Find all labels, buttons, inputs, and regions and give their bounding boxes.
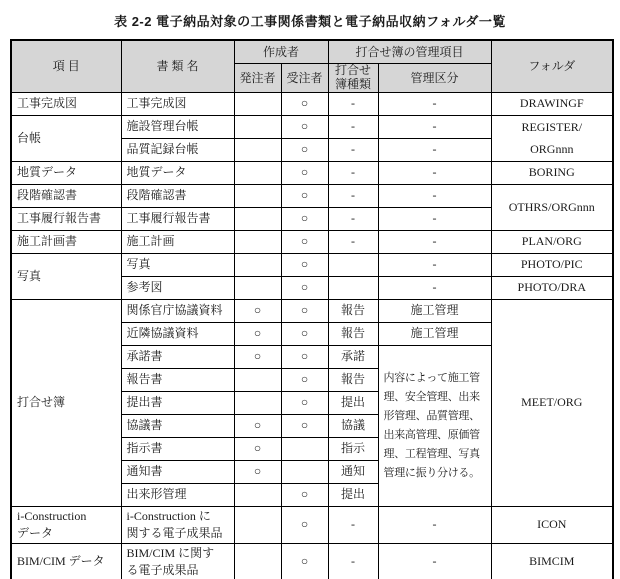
circle-mark: ○ [234,345,281,368]
cell-doc: BIM/CIM に関す る電子成果品 [121,543,234,579]
cell-doc: 指示書 [121,437,234,460]
table-cell: 提出 [328,391,378,414]
cell-folder: PHOTO/PIC [491,253,613,276]
cell-doc: 工事完成図 [121,92,234,115]
dash-mark: - [328,138,378,161]
circle-mark: ○ [281,368,328,391]
circle-mark: ○ [281,138,328,161]
header-folder: フォルダ [491,40,613,92]
header-mgmt-class: 管理区分 [378,64,491,93]
circle-mark: ○ [281,414,328,437]
dash-mark: - [378,92,491,115]
empty-cell [328,276,378,299]
empty-cell [234,506,281,543]
dash-mark: - [328,184,378,207]
cell-doc: 施設管理台帳 [121,115,234,138]
table-row: 台帳施設管理台帳○--REGISTER/ ORGnnn [11,115,613,138]
circle-mark: ○ [281,506,328,543]
cell-doc: 段階確認書 [121,184,234,207]
header-meeting-type: 打合せ 簿種類 [328,64,378,93]
cell-folder: PLAN/ORG [491,230,613,253]
header-doc-name: 書 類 名 [121,40,234,92]
circle-mark: ○ [281,345,328,368]
dash-mark: - [328,506,378,543]
dash-mark: - [328,207,378,230]
table-cell: 報告 [328,322,378,345]
cell-doc: 関係官庁協議資料 [121,299,234,322]
empty-cell [234,368,281,391]
table-cell: 提出 [328,483,378,506]
empty-cell [328,253,378,276]
circle-mark: ○ [281,253,328,276]
circle-mark: ○ [281,184,328,207]
table-cell: 承諾 [328,345,378,368]
cell-item: i-Construction データ [11,506,121,543]
table-cell: 指示 [328,437,378,460]
circle-mark: ○ [234,437,281,460]
table-cell: 報告 [328,368,378,391]
empty-cell [234,276,281,299]
main-table: 項 目書 類 名作成者打合せ簿の管理項目フォルダ発注者受注者打合せ 簿種類管理区… [10,39,614,579]
cell-doc: 参考図 [121,276,234,299]
header-orderer: 発注者 [234,64,281,93]
table-cell: 施工管理 [378,299,491,322]
empty-cell [234,391,281,414]
cell-doc: 通知書 [121,460,234,483]
header-item: 項 目 [11,40,121,92]
cell-doc: 品質記録台帳 [121,138,234,161]
empty-cell [234,253,281,276]
empty-cell [234,138,281,161]
table-row: 打合せ簿関係官庁協議資料○○報告施工管理MEET/ORG [11,299,613,322]
empty-cell [281,460,328,483]
cell-doc: 承諾書 [121,345,234,368]
cell-item: 工事完成図 [11,92,121,115]
cell-doc: 協議書 [121,414,234,437]
dash-mark: - [378,230,491,253]
circle-mark: ○ [281,299,328,322]
circle-mark: ○ [281,483,328,506]
empty-cell [234,230,281,253]
cell-item: 打合せ簿 [11,299,121,506]
empty-cell [234,184,281,207]
table-row: i-Construction データi-Construction に 関する電子… [11,506,613,543]
dash-mark: - [378,115,491,138]
cell-item: 工事履行報告書 [11,207,121,230]
cell-mgmt-note: 内容によって施工管理、安全管理、出来形管理、品質管理、出来高管理、原価管理、工程… [378,345,491,506]
cell-item: 台帳 [11,115,121,161]
cell-doc: 提出書 [121,391,234,414]
dash-mark: - [378,506,491,543]
table-row: 写真写真○-PHOTO/PIC [11,253,613,276]
cell-folder: DRAWINGF [491,92,613,115]
header-contractor: 受注者 [281,64,328,93]
cell-folder: OTHRS/ORGnnn [491,184,613,230]
dash-mark: - [378,184,491,207]
cell-doc: 施工計画 [121,230,234,253]
cell-folder: BIMCIM [491,543,613,579]
circle-mark: ○ [281,230,328,253]
document-page: 表 2-2 電子納品対象の工事関係書類と電子納品収納フォルダ一覧 項 目書 類 … [0,0,620,579]
dash-mark: - [378,207,491,230]
cell-item: 写真 [11,253,121,299]
cell-item: 地質データ [11,161,121,184]
cell-doc: 近隣協議資料 [121,322,234,345]
header-meeting-mgmt: 打合せ簿の管理項目 [328,40,491,64]
cell-doc: 報告書 [121,368,234,391]
dash-mark: - [378,543,491,579]
circle-mark: ○ [234,322,281,345]
cell-doc: i-Construction に 関する電子成果品 [121,506,234,543]
dash-mark: - [328,161,378,184]
empty-cell [234,483,281,506]
circle-mark: ○ [281,161,328,184]
table-row: 地質データ地質データ○--BORING [11,161,613,184]
table-caption: 表 2-2 電子納品対象の工事関係書類と電子納品収納フォルダ一覧 [0,0,620,30]
cell-doc: 地質データ [121,161,234,184]
table-row: 工事完成図工事完成図○--DRAWINGF [11,92,613,115]
cell-doc: 出来形管理 [121,483,234,506]
cell-doc: 写真 [121,253,234,276]
empty-cell [234,207,281,230]
circle-mark: ○ [281,391,328,414]
table-cell: 施工管理 [378,322,491,345]
header-row: 項 目書 類 名作成者打合せ簿の管理項目フォルダ [11,40,613,64]
circle-mark: ○ [281,543,328,579]
circle-mark: ○ [234,414,281,437]
table-cell: 協議 [328,414,378,437]
circle-mark: ○ [281,92,328,115]
dash-mark: - [378,161,491,184]
table-row: 段階確認書段階確認書○--OTHRS/ORGnnn [11,184,613,207]
table-body: 項 目書 類 名作成者打合せ簿の管理項目フォルダ発注者受注者打合せ 簿種類管理区… [11,40,613,579]
cell-item: BIM/CIM データ [11,543,121,579]
circle-mark: ○ [281,207,328,230]
dash-mark: - [328,92,378,115]
empty-cell [234,115,281,138]
dash-mark: - [378,138,491,161]
empty-cell [234,92,281,115]
cell-folder: PHOTO/DRA [491,276,613,299]
circle-mark: ○ [281,115,328,138]
empty-cell [234,161,281,184]
empty-cell [234,543,281,579]
table-cell: 通知 [328,460,378,483]
cell-folder: REGISTER/ ORGnnn [491,115,613,161]
header-creator: 作成者 [234,40,328,64]
circle-mark: ○ [281,322,328,345]
circle-mark: ○ [234,460,281,483]
empty-cell [281,437,328,460]
cell-item: 施工計画書 [11,230,121,253]
table-cell: 報告 [328,299,378,322]
table-row: 施工計画書施工計画○--PLAN/ORG [11,230,613,253]
cell-folder: MEET/ORG [491,299,613,506]
table-row: BIM/CIM データBIM/CIM に関す る電子成果品○--BIMCIM [11,543,613,579]
dash-mark: - [328,230,378,253]
dash-mark: - [328,115,378,138]
dash-mark: - [328,543,378,579]
dash-mark: - [378,276,491,299]
cell-item: 段階確認書 [11,184,121,207]
cell-folder: BORING [491,161,613,184]
circle-mark: ○ [234,299,281,322]
dash-mark: - [378,253,491,276]
circle-mark: ○ [281,276,328,299]
cell-folder: ICON [491,506,613,543]
cell-doc: 工事履行報告書 [121,207,234,230]
